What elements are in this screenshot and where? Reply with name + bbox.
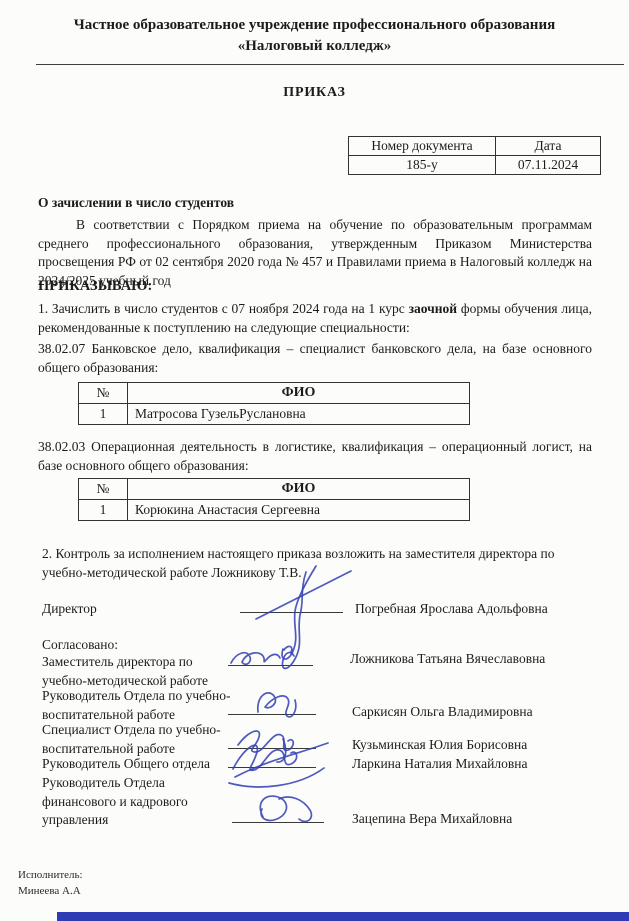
student-name-cell: Матросова ГузельРуслановна [128,404,470,425]
fio-column-header: ФИО [128,479,470,500]
num-column-header: № [79,479,128,500]
executor-label: Исполнитель: [18,868,83,882]
table-row: 1 Корюкина Анастасия Сергеевна [79,500,470,521]
students-table-1: № ФИО 1 Матросова ГузельРуслановна [78,382,470,425]
organization-name-line1: Частное образовательное учреждение профе… [74,17,555,33]
signatory-name: Зацепина Вера Михайловна [352,810,512,829]
table-row: Номер документа Дата [349,137,601,156]
order-item-1-text: 1. Зачислить в число студентов с 07 нояб… [38,301,409,316]
subject-line: О зачислении в число студентов [38,194,234,213]
scan-artifact-bar [57,912,629,921]
header-divider [36,64,624,65]
table-row: 1 Матросова ГузельРуслановна [79,404,470,425]
signature-line [228,767,316,768]
signatory-name: Ложникова Татьяна Вячеславовна [350,650,545,669]
row-number-cell: 1 [79,404,128,425]
signatory-position: Специалист Отдела по учебно- воспитатель… [42,721,260,758]
director-name: Погребная Ярослава Адольфовна [355,600,548,619]
specialty-2-heading: 38.02.03 Операционная деятельность в лог… [38,438,592,475]
signature-line [228,714,316,715]
document-meta-table: Номер документа Дата 185-у 07.11.2024 [348,136,601,175]
document-number-cell: 185-у [349,156,496,175]
document-date-cell: 07.11.2024 [496,156,601,175]
fio-column-header: ФИО [128,383,470,404]
resolution-word: ПРИКАЗЫВАЮ: [38,277,152,296]
table-header-row: № ФИО [79,479,470,500]
signatory-position: Руководитель Отдела по учебно- воспитате… [42,687,260,724]
student-name-cell: Корюкина Анастасия Сергеевна [128,500,470,521]
signatory-name: Ларкина Наталия Михайловна [352,755,527,774]
num-column-header: № [79,383,128,404]
number-header-cell: Номер документа [349,137,496,156]
signatory-position: Руководитель Отдела финансового и кадров… [42,774,260,830]
row-number-cell: 1 [79,500,128,521]
signatory-position: Заместитель директора по учебно-методиче… [42,653,260,690]
scanned-order-document: Частное образовательное учреждение профе… [0,0,629,921]
signature-line [228,748,316,749]
director-label: Директор [42,600,260,619]
executor-name: Минеева А.А [18,884,81,898]
order-item-2: 2. Контроль за исполнением настоящего пр… [42,545,582,582]
date-header-cell: Дата [496,137,601,156]
signature-line [232,822,324,823]
signature-line [240,612,343,613]
agreed-label: Согласовано: [42,636,118,655]
signature-line [228,665,313,666]
organization-name-line2: «Налоговый колледж» [238,38,392,54]
signatory-name: Кузьминская Юлия Борисовна [352,736,527,755]
signatory-position: Руководитель Общего отдела [42,755,260,774]
signature-zatsepina [260,796,311,821]
specialty-1-heading: 38.02.07 Банковское дело, квалификация –… [38,340,592,377]
document-type-title: ПРИКАЗ [0,84,629,103]
students-table-2: № ФИО 1 Корюкина Анастасия Сергеевна [78,478,470,521]
order-item-1-emphasis: заочной [409,301,458,316]
signatory-name: Саркисян Ольга Владимировна [352,703,533,722]
table-header-row: № ФИО [79,383,470,404]
organization-name: Частное образовательное учреждение профе… [30,15,599,57]
order-item-1: 1. Зачислить в число студентов с 07 нояб… [38,300,592,337]
table-row: 185-у 07.11.2024 [349,156,601,175]
